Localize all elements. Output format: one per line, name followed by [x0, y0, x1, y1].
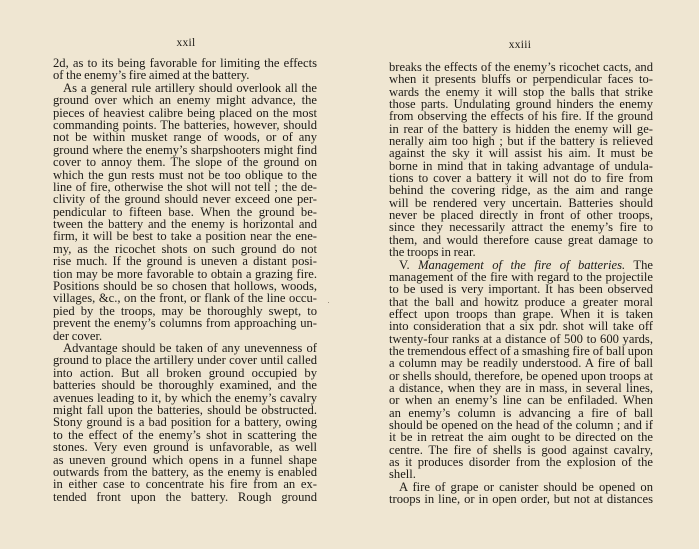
text-line: ground over which an enemy might advance… [53, 94, 317, 106]
left-page: xxil 2d, as to its being favorable for l… [0, 0, 350, 549]
text-line: of the enemy’s fire aimed at the battery… [53, 69, 317, 81]
text-line: in either case to concentrate his fire f… [53, 478, 317, 490]
text-line: cover to annoy them. The slope of the gr… [53, 156, 317, 168]
text-line: ground to place the artillery under cove… [53, 354, 317, 366]
text-line: villages, &c., on the front, or flank of… [53, 292, 317, 304]
page-number: xxiii [500, 39, 540, 51]
text-line: tended front upon the battery. Rough gro… [53, 491, 317, 503]
text-line: as it produces disorder from the explosi… [389, 456, 653, 468]
text-line: stones. Very even ground is unfavorable,… [53, 441, 317, 453]
text-line: shell. [389, 468, 653, 480]
text-line: when it presents bluffs or perpendicular… [389, 73, 653, 85]
text-column: 2d, as to its being favorable for limiti… [53, 57, 317, 503]
text-line: it be in retreat the aim ought to be dir… [389, 431, 653, 443]
text-line: or when an enemy’s line can be enfiladed… [389, 394, 653, 406]
text-line: Stony ground is a bad position for a bat… [53, 416, 317, 428]
text-line: into consideration that a six pdr. shot … [389, 320, 653, 332]
text-line: V. Management of the fire of batteries. … [389, 259, 653, 271]
text-line: not be within musket range of woods, or … [53, 131, 317, 143]
text-line: firm, it will be best to take a position… [53, 230, 317, 242]
text-column: breaks the effects of the enemy’s ricoch… [389, 61, 653, 505]
paper-speck [328, 302, 329, 303]
text-line: batteries should be thoroughly examined,… [53, 379, 317, 391]
text-line: prevent the enemy’s columns from approac… [53, 317, 317, 329]
text-line: troops in line, or in open order, but no… [389, 493, 653, 505]
page-number: xxil [166, 37, 206, 49]
text-line: clivity of the ground should never excee… [53, 193, 317, 205]
text-line: from observing the effects of his fire. … [389, 110, 653, 122]
right-page: xxiii breaks the effects of the enemy’s … [350, 0, 699, 549]
text-line: a column may be readily understood. A fi… [389, 357, 653, 369]
text-line: rise much. If the ground is uneven a dis… [53, 255, 317, 267]
text-line: behind the covering ridge, as the aim an… [389, 184, 653, 196]
text-line: since they necessarily attract the enemy… [389, 221, 653, 233]
text-line: against the sky it will assist his aim. … [389, 147, 653, 159]
text-line: to be used is very important. It has bee… [389, 283, 653, 295]
book-spread: xxil 2d, as to its being favorable for l… [0, 0, 699, 549]
